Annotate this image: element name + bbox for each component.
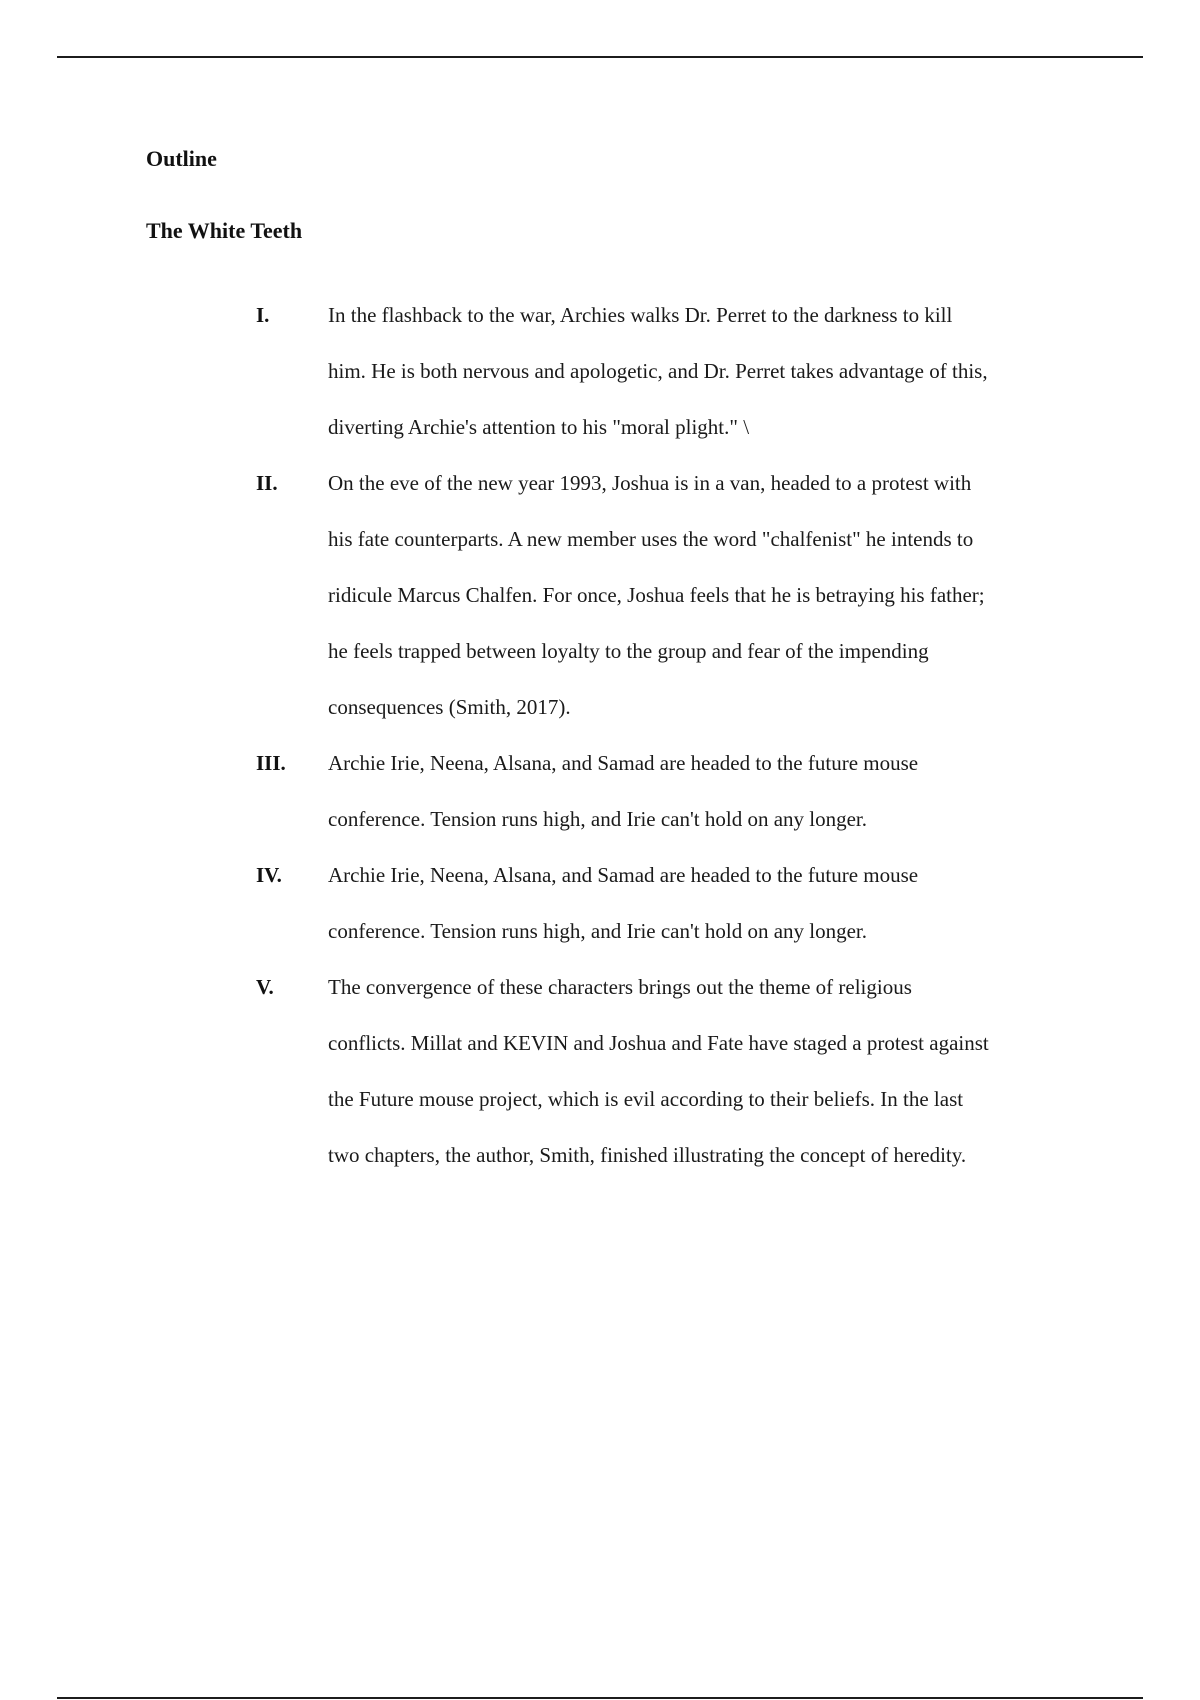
outline-item-4: IV. Archie Irie, Neena, Alsana, and Sama… [256, 847, 1116, 959]
outline-item-5: V. The convergence of these characters b… [256, 959, 1116, 1183]
header-rule [57, 56, 1143, 58]
item-text: Archie Irie, Neena, Alsana, and Samad ar… [328, 847, 1116, 959]
outline-item-1: I. In the flashback to the war, Archies … [256, 287, 1116, 455]
item-numeral: II. [256, 455, 328, 735]
item-text: Archie Irie, Neena, Alsana, and Samad ar… [328, 735, 1116, 847]
document-title: The White Teeth [146, 218, 302, 244]
item-numeral: V. [256, 959, 328, 1183]
item-numeral: III. [256, 735, 328, 847]
item-text: On the eve of the new year 1993, Joshua … [328, 455, 1116, 735]
outline-item-2: II. On the eve of the new year 1993, Jos… [256, 455, 1116, 735]
item-text: The convergence of these characters brin… [328, 959, 1116, 1183]
item-numeral: I. [256, 287, 328, 455]
outline-heading: Outline [146, 146, 217, 172]
footer-rule [57, 1697, 1143, 1699]
outline-list: I. In the flashback to the war, Archies … [256, 287, 1116, 1183]
item-numeral: IV. [256, 847, 328, 959]
outline-item-3: III. Archie Irie, Neena, Alsana, and Sam… [256, 735, 1116, 847]
item-text: In the flashback to the war, Archies wal… [328, 287, 1116, 455]
